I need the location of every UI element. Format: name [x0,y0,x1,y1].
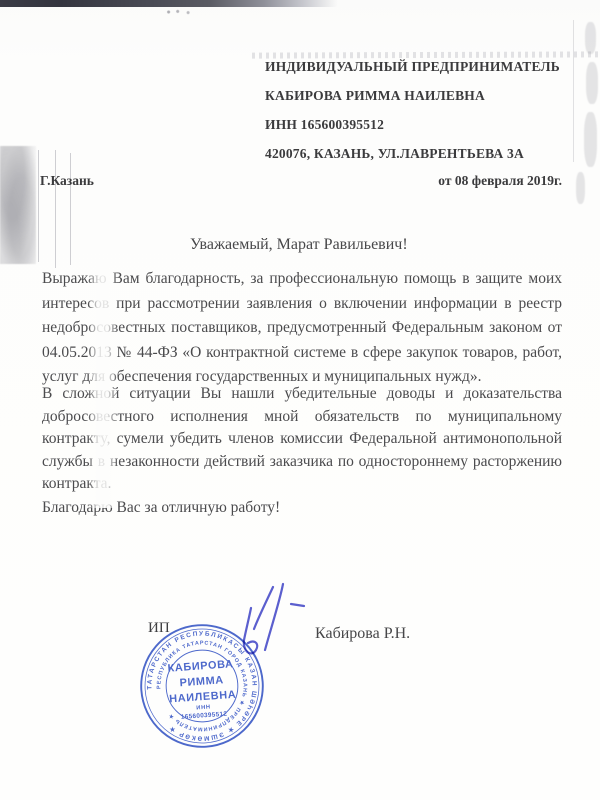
city-date-row: Г.Казань от 08 февраля 2019г. [40,173,562,189]
scan-artifact-vertical-line [38,150,39,262]
scanned-letter-page: ИНДИВИДУАЛЬНЫЙ ПРЕДПРИНИМАТЕЛЬ КАБИРОВА … [0,0,600,800]
scan-artifact-left-smudge [0,146,36,264]
letterhead-address-line: 420076, КАЗАНЬ, УЛ.ЛАВРЕНТЬЕВА 3А [265,139,560,168]
closing-line: Благодарю Вас за отличную работу! [42,497,562,519]
stamp-inn-label: ИНН [196,704,211,711]
date-label: от 08 февраля 2019г. [438,173,562,189]
letterhead-name-line: КАБИРОВА РИММА НАИЛЕВНА [265,81,560,110]
stamp-firstname: РИММА [179,674,224,689]
letterhead: ИНДИВИДУАЛЬНЫЙ ПРЕДПРИНИМАТЕЛЬ КАБИРОВА … [265,52,560,168]
scan-artifact-right-smudge [586,62,598,104]
scan-artifact-right-line [573,20,574,162]
paragraph-gratitude: Выражаю Вам благодарность, за профессион… [42,267,562,390]
scan-artifact-right-smudge [576,172,585,204]
city-label: Г.Казань [40,173,94,189]
scan-artifact-specks [166,9,192,15]
scan-artifact-vertical-line [70,153,71,265]
letterhead-inn-line: ИНН 165600395512 [265,110,560,139]
salutation: Уважаемый, Марат Равильевич! [190,236,408,254]
letterhead-entrepreneur-line: ИНДИВИДУАЛЬНЫЙ ПРЕДПРИНИМАТЕЛЬ [265,52,560,81]
scan-artifact-vertical-line [55,150,56,268]
scan-artifact-right-smudge [584,112,597,167]
scan-artifact-right-smudge [585,22,596,54]
stamp-patronymic: НАИЛЕВНА [169,689,237,706]
handwritten-signature-icon [230,580,312,662]
stamp-inn-number: 165600395512 [181,711,228,721]
scan-artifact-top-band [0,0,338,7]
signer-name: Кабирова Р.Н. [315,625,410,643]
paragraph-case-details: В сложной ситуации Вы нашли убедительные… [42,383,562,496]
